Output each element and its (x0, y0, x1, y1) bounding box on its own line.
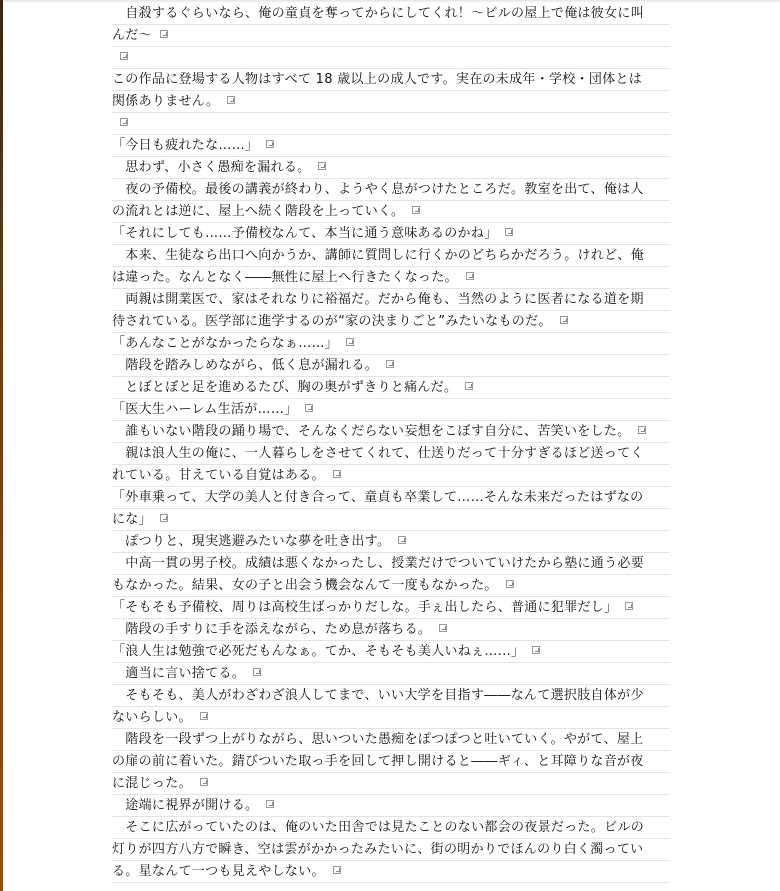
paragraph-return-icon (160, 514, 168, 522)
line-text: 「そもそも予備校、周りは高校生ばっかりだしな。手ぇ出したら、普通に犯罪だし」 (112, 600, 617, 615)
text-line[interactable]: の扉の前に着いた。錆びついた取っ手を回して押し開けると――ギィ、と耳障りな音が夜 (112, 751, 670, 773)
paragraph-return-icon (505, 228, 513, 236)
paragraph-return-icon (532, 646, 540, 654)
line-text: もなかった。結果、女の子と出会う機会なんて一度もなかった。 (112, 578, 498, 593)
paragraph-return-icon (638, 426, 646, 434)
text-line[interactable]: 親は浪人生の俺に、一人暮らしをさせてくれて、仕送りだって十分すぎるほど送ってく (112, 443, 670, 465)
line-text: 夜の予備校。最後の講義が終わり、ようやく息がつけたところだ。教室を出て、俺は人 (112, 182, 644, 197)
text-line[interactable]: この作品に登場する人物はすべて 18 歳以上の成人です。実在の未成年・学校・団体… (112, 69, 670, 91)
paragraph-return-icon (160, 30, 168, 38)
text-line[interactable]: 中高一貫の男子校。成績は悪くなかったし、授業だけでついていけたから塾に通う必要 (112, 553, 670, 575)
paragraph-return-icon (625, 602, 633, 610)
line-text: そこに広がっていたのは、俺のいた田舎では見たことのない都会の夜景だった。ビルの (112, 820, 644, 835)
text-line[interactable]: とぼとぼと足を進めるたび、胸の奥がずきりと痛んだ。 (112, 377, 670, 399)
text-line[interactable]: 両親は開業医で、家はそれなりに裕福だ。だから俺も、当然のように医者になる道を期 (112, 289, 670, 311)
line-text: とぼとぼと足を進めるたび、胸の奥がずきりと痛んだ。 (112, 380, 457, 395)
line-text: 「それにしても……予備校なんて、本当に通う意味あるのかね」 (112, 226, 497, 241)
text-line[interactable]: 「浪人生は勉強で必死だもんなぁ。てか、そもそも美人いねぇ……」 (112, 641, 670, 663)
text-line[interactable]: 階段を一段ずつ上がりながら、思いついた愚痴をぽつぽつと吐いていく。やがて、屋上 (112, 729, 670, 751)
line-text: にな」 (112, 512, 152, 527)
paragraph-return-icon (386, 360, 394, 368)
paragraph-return-icon (346, 338, 354, 346)
line-text: ぽつりと、現実逃避みたいな夢を吐き出す。 (112, 534, 390, 549)
text-line[interactable] (112, 113, 670, 135)
text-line[interactable]: そもそも、美人がわざわざ浪人してまで、いい大学を目指す――なんて選択肢自体が少 (112, 685, 670, 707)
line-text: る。星なんて一つも見えやしない。 (112, 864, 325, 879)
line-text: 灯りが四方八方で瞬き、空は雲がかかったみたいに、街の明かりでほんのり白く濁ってい (112, 842, 643, 857)
text-line[interactable]: んだ～ (112, 25, 670, 47)
paragraph-return-icon (200, 712, 208, 720)
paragraph-return-icon (466, 272, 474, 280)
line-text: 思わず、小さく愚痴を漏れる。 (112, 160, 310, 175)
paragraph-return-icon (560, 316, 568, 324)
text-line[interactable]: そこに広がっていたのは、俺のいた田舎では見たことのない都会の夜景だった。ビルの (112, 817, 670, 839)
text-line[interactable]: れている。甘えている自覚はある。 (112, 465, 670, 487)
line-text: 階段を踏みしめながら、低く息が漏れる。 (112, 358, 378, 373)
line-text: 誰もいない階段の踊り場で、そんなくだらない妄想をこぼす自分に、苦笑いをした。 (112, 424, 630, 439)
text-line[interactable]: 「あんなことがなかったらなぁ……」 (112, 333, 670, 355)
text-line[interactable]: 灯りが四方八方で瞬き、空は雲がかかったみたいに、街の明かりでほんのり白く濁ってい (112, 839, 670, 861)
line-text: 両親は開業医で、家はそれなりに裕福だ。だから俺も、当然のように医者になる道を期 (112, 292, 644, 307)
line-text: の流れとは逆に、屋上へ続く階段を上っていく。 (112, 204, 404, 219)
text-line[interactable]: 階段の手すりに手を添えながら、ため息が落ちる。 (112, 619, 670, 641)
paragraph-return-icon (266, 140, 274, 148)
line-text: 自殺するぐらいなら、俺の童貞を奪ってからにしてくれ！～ビルの屋上で俺は彼女に叫 (112, 6, 644, 21)
line-text: 「外車乗って、大学の美人と付き合って、童貞も卒業して……そんな未来だったはずなの (112, 490, 643, 505)
text-line[interactable]: 待されている。医学部に進学するのが“家の決まりごと”みたいなものだ。 (112, 311, 670, 333)
paragraph-return-icon (333, 866, 341, 874)
text-line[interactable] (112, 47, 670, 69)
text-line[interactable]: 「今日も疲れたな……」 (112, 135, 670, 157)
line-text: れている。甘えている自覚はある。 (112, 468, 325, 483)
line-text: 「浪人生は勉強で必死だもんなぁ。てか、そもそも美人いねぇ……」 (112, 644, 524, 659)
line-text: 親は浪人生の俺に、一人暮らしをさせてくれて、仕送りだって十分すぎるほど送ってく (112, 446, 644, 461)
text-line[interactable]: 「それにしても……予備校なんて、本当に通う意味あるのかね」 (112, 223, 670, 245)
text-line[interactable]: 「医大生ハーレム生活が……」 (112, 399, 670, 421)
window-left-border (0, 0, 3, 891)
paragraph-return-icon (318, 162, 326, 170)
text-line[interactable]: る。星なんて一つも見えやしない。 (112, 861, 670, 883)
paragraph-return-icon (200, 778, 208, 786)
text-line[interactable]: もなかった。結果、女の子と出会う機会なんて一度もなかった。 (112, 575, 670, 597)
paragraph-return-icon (398, 536, 406, 544)
line-text: 「医大生ハーレム生活が……」 (112, 402, 297, 417)
text-line[interactable]: ぽつりと、現実逃避みたいな夢を吐き出す。 (112, 531, 670, 553)
line-text: この作品に登場する人物はすべて 18 歳以上の成人です。実在の未成年・学校・団体… (112, 72, 642, 87)
line-text: そもそも、美人がわざわざ浪人してまで、いい大学を目指す――なんて選択肢自体が少 (112, 688, 644, 703)
line-text: の扉の前に着いた。錆びついた取っ手を回して押し開けると――ギィ、と耳障りな音が夜 (112, 754, 644, 769)
paragraph-return-icon (120, 118, 128, 126)
paragraph-return-icon (305, 404, 313, 412)
line-text: 階段を一段ずつ上がりながら、思いついた愚痴をぽつぽつと吐いていく。やがて、屋上 (112, 732, 643, 747)
line-text: 階段の手すりに手を添えながら、ため息が落ちる。 (112, 622, 431, 637)
line-text: 本来、生徒なら出口へ向かうか、講師に質問しに行くかのどちらかだろう。けれど、俺 (112, 248, 644, 263)
paragraph-return-icon (439, 624, 447, 632)
paragraph-return-icon (333, 470, 341, 478)
text-line[interactable]: 自殺するぐらいなら、俺の童貞を奪ってからにしてくれ！～ビルの屋上で俺は彼女に叫 (112, 3, 670, 25)
line-text: に混じった。 (112, 776, 192, 791)
paragraph-return-icon (253, 668, 261, 676)
document-page[interactable]: 自殺するぐらいなら、俺の童貞を奪ってからにしてくれ！～ビルの屋上で俺は彼女に叫ん… (112, 3, 670, 883)
line-text: 適当に言い捨てる。 (112, 666, 245, 681)
text-line[interactable]: ないらしい。 (112, 707, 670, 729)
text-line[interactable]: 「そもそも予備校、周りは高校生ばっかりだしな。手ぇ出したら、普通に犯罪だし」 (112, 597, 670, 619)
line-text: は違った。なんとなく――無性に屋上へ行きたくなった。 (112, 270, 458, 285)
line-text: 中高一貫の男子校。成績は悪くなかったし、授業だけでついていけたから塾に通う必要 (112, 556, 644, 571)
text-line[interactable]: に混じった。 (112, 773, 670, 795)
line-text: 関係ありません。 (112, 94, 219, 109)
line-text: 途端に視界が開ける。 (112, 798, 258, 813)
paragraph-return-icon (120, 52, 128, 60)
text-line[interactable]: 途端に視界が開ける。 (112, 795, 670, 817)
line-text: ないらしい。 (112, 710, 192, 725)
paragraph-return-icon (412, 206, 420, 214)
line-text: んだ～ (112, 28, 152, 43)
text-line[interactable]: 階段を踏みしめながら、低く息が漏れる。 (112, 355, 670, 377)
text-line[interactable]: の流れとは逆に、屋上へ続く階段を上っていく。 (112, 201, 670, 223)
paragraph-return-icon (465, 382, 473, 390)
text-line[interactable]: 「外車乗って、大学の美人と付き合って、童貞も卒業して……そんな未来だったはずなの (112, 487, 670, 509)
text-line[interactable]: 夜の予備校。最後の講義が終わり、ようやく息がつけたところだ。教室を出て、俺は人 (112, 179, 670, 201)
text-line[interactable]: 適当に言い捨てる。 (112, 663, 670, 685)
text-line[interactable]: 関係ありません。 (112, 91, 670, 113)
line-text: 待されている。医学部に進学するのが“家の決まりごと”みたいなものだ。 (112, 314, 552, 329)
text-line[interactable]: は違った。なんとなく――無性に屋上へ行きたくなった。 (112, 267, 670, 289)
paragraph-return-icon (266, 800, 274, 808)
text-line[interactable]: 誰もいない階段の踊り場で、そんなくだらない妄想をこぼす自分に、苦笑いをした。 (112, 421, 670, 443)
line-text: 「今日も疲れたな……」 (112, 138, 258, 153)
text-line[interactable]: 思わず、小さく愚痴を漏れる。 (112, 157, 670, 179)
text-line[interactable]: 本来、生徒なら出口へ向かうか、講師に質問しに行くかのどちらかだろう。けれど、俺 (112, 245, 670, 267)
paragraph-return-icon (506, 580, 514, 588)
paragraph-return-icon (227, 96, 235, 104)
line-text: 「あんなことがなかったらなぁ……」 (112, 336, 338, 351)
text-line[interactable]: にな」 (112, 509, 670, 531)
